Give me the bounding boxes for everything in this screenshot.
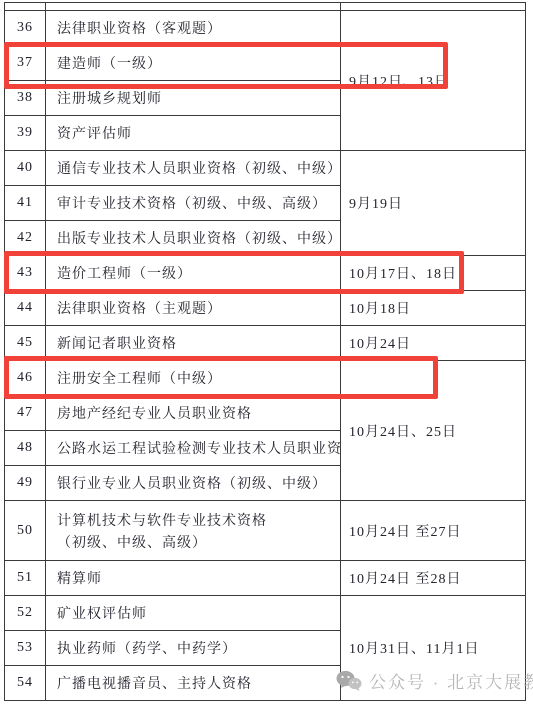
row-number: 54 [5,666,46,701]
table-row-43: 43 造价工程师（一级） 10月17日、18日 [5,256,526,291]
exam-date: 10月24日 [341,326,526,361]
row-number: 44 [5,291,46,326]
row-number: 51 [5,561,46,596]
row-number: 42 [5,221,46,256]
exam-name: 广播电视播音员、主持人资格 [46,666,341,701]
table-row-51: 51 精算师 10月24日 至28日 [5,561,526,596]
exam-name-line2: （初级、中级、高级） [57,532,339,552]
row-number: 45 [5,326,46,361]
exam-name: 审计专业技术资格（初级、中级、高级） [46,186,341,221]
exam-schedule-table: 36 法律职业资格（客观题） 9月12日、13日 37 建造师（一级） 38 注… [4,2,526,701]
exam-name: 注册安全工程师（中级） [46,361,341,396]
cropped-top-row [5,3,526,11]
row-number: 37 [5,46,46,81]
exam-date: 9月19日 [341,151,526,256]
row-number: 39 [5,116,46,151]
exam-name: 计算机技术与软件专业技术资格 （初级、中级、高级） [46,501,341,561]
exam-name: 精算师 [46,561,341,596]
exam-name: 房地产经纪专业人员职业资格 [46,396,341,431]
exam-name: 出版专业技术人员职业资格（初级、中级） [46,221,341,256]
exam-name: 矿业权评估师 [46,596,341,631]
exam-name: 法律职业资格（主观题） [46,291,341,326]
exam-name: 银行业专业人员职业资格（初级、中级） [46,466,341,501]
exam-name: 新闻记者职业资格 [46,326,341,361]
row-number: 48 [5,431,46,466]
watermark-text: 公众号 · 北京大展教育 [369,668,533,693]
exam-date: 9月12日、13日 [341,11,526,151]
table-row-46: 46 注册安全工程师（中级） 10月24日、25日 [5,361,526,396]
table-row-44: 44 法律职业资格（主观题） 10月18日 [5,291,526,326]
table-row-52: 52 矿业权评估师 10月31日、11月1日 [5,596,526,631]
exam-name: 法律职业资格（客观题） [46,11,341,46]
table-row-50: 50 计算机技术与软件专业技术资格 （初级、中级、高级） 10月24日 至27日 [5,501,526,561]
exam-date: 10月24日、25日 [341,361,526,501]
row-number: 47 [5,396,46,431]
exam-schedule-page: 36 法律职业资格（客观题） 9月12日、13日 37 建造师（一级） 38 注… [0,0,533,705]
exam-name: 通信专业技术人员职业资格（初级、中级） [46,151,341,186]
cropped-cell [5,3,46,11]
exam-name: 建造师（一级） [46,46,341,81]
exam-name-line1: 计算机技术与软件专业技术资格 [57,510,339,530]
row-number: 50 [5,501,46,561]
table-row-36: 36 法律职业资格（客观题） 9月12日、13日 [5,11,526,46]
table-row-45: 45 新闻记者职业资格 10月24日 [5,326,526,361]
watermark: 公众号 · 北京大展教育 [336,668,533,693]
exam-name: 公路水运工程试验检测专业技术人员职业资格 [46,431,341,466]
row-number: 38 [5,81,46,116]
row-number: 43 [5,256,46,291]
exam-date: 10月24日 至28日 [341,561,526,596]
exam-name: 执业药师（药学、中药学） [46,631,341,666]
row-number: 52 [5,596,46,631]
exam-date: 10月17日、18日 [341,256,526,291]
exam-date: 10月18日 [341,291,526,326]
row-number: 49 [5,466,46,501]
row-number: 36 [5,11,46,46]
row-number: 53 [5,631,46,666]
row-number: 46 [5,361,46,396]
cropped-cell [46,3,341,11]
row-number: 40 [5,151,46,186]
exam-name: 造价工程师（一级） [46,256,341,291]
exam-name: 资产评估师 [46,116,341,151]
row-number: 41 [5,186,46,221]
wechat-icon [336,670,362,692]
exam-name: 注册城乡规划师 [46,81,341,116]
exam-date: 10月24日 至27日 [341,501,526,561]
cropped-cell [341,3,526,11]
table-row-40: 40 通信专业技术人员职业资格（初级、中级） 9月19日 [5,151,526,186]
